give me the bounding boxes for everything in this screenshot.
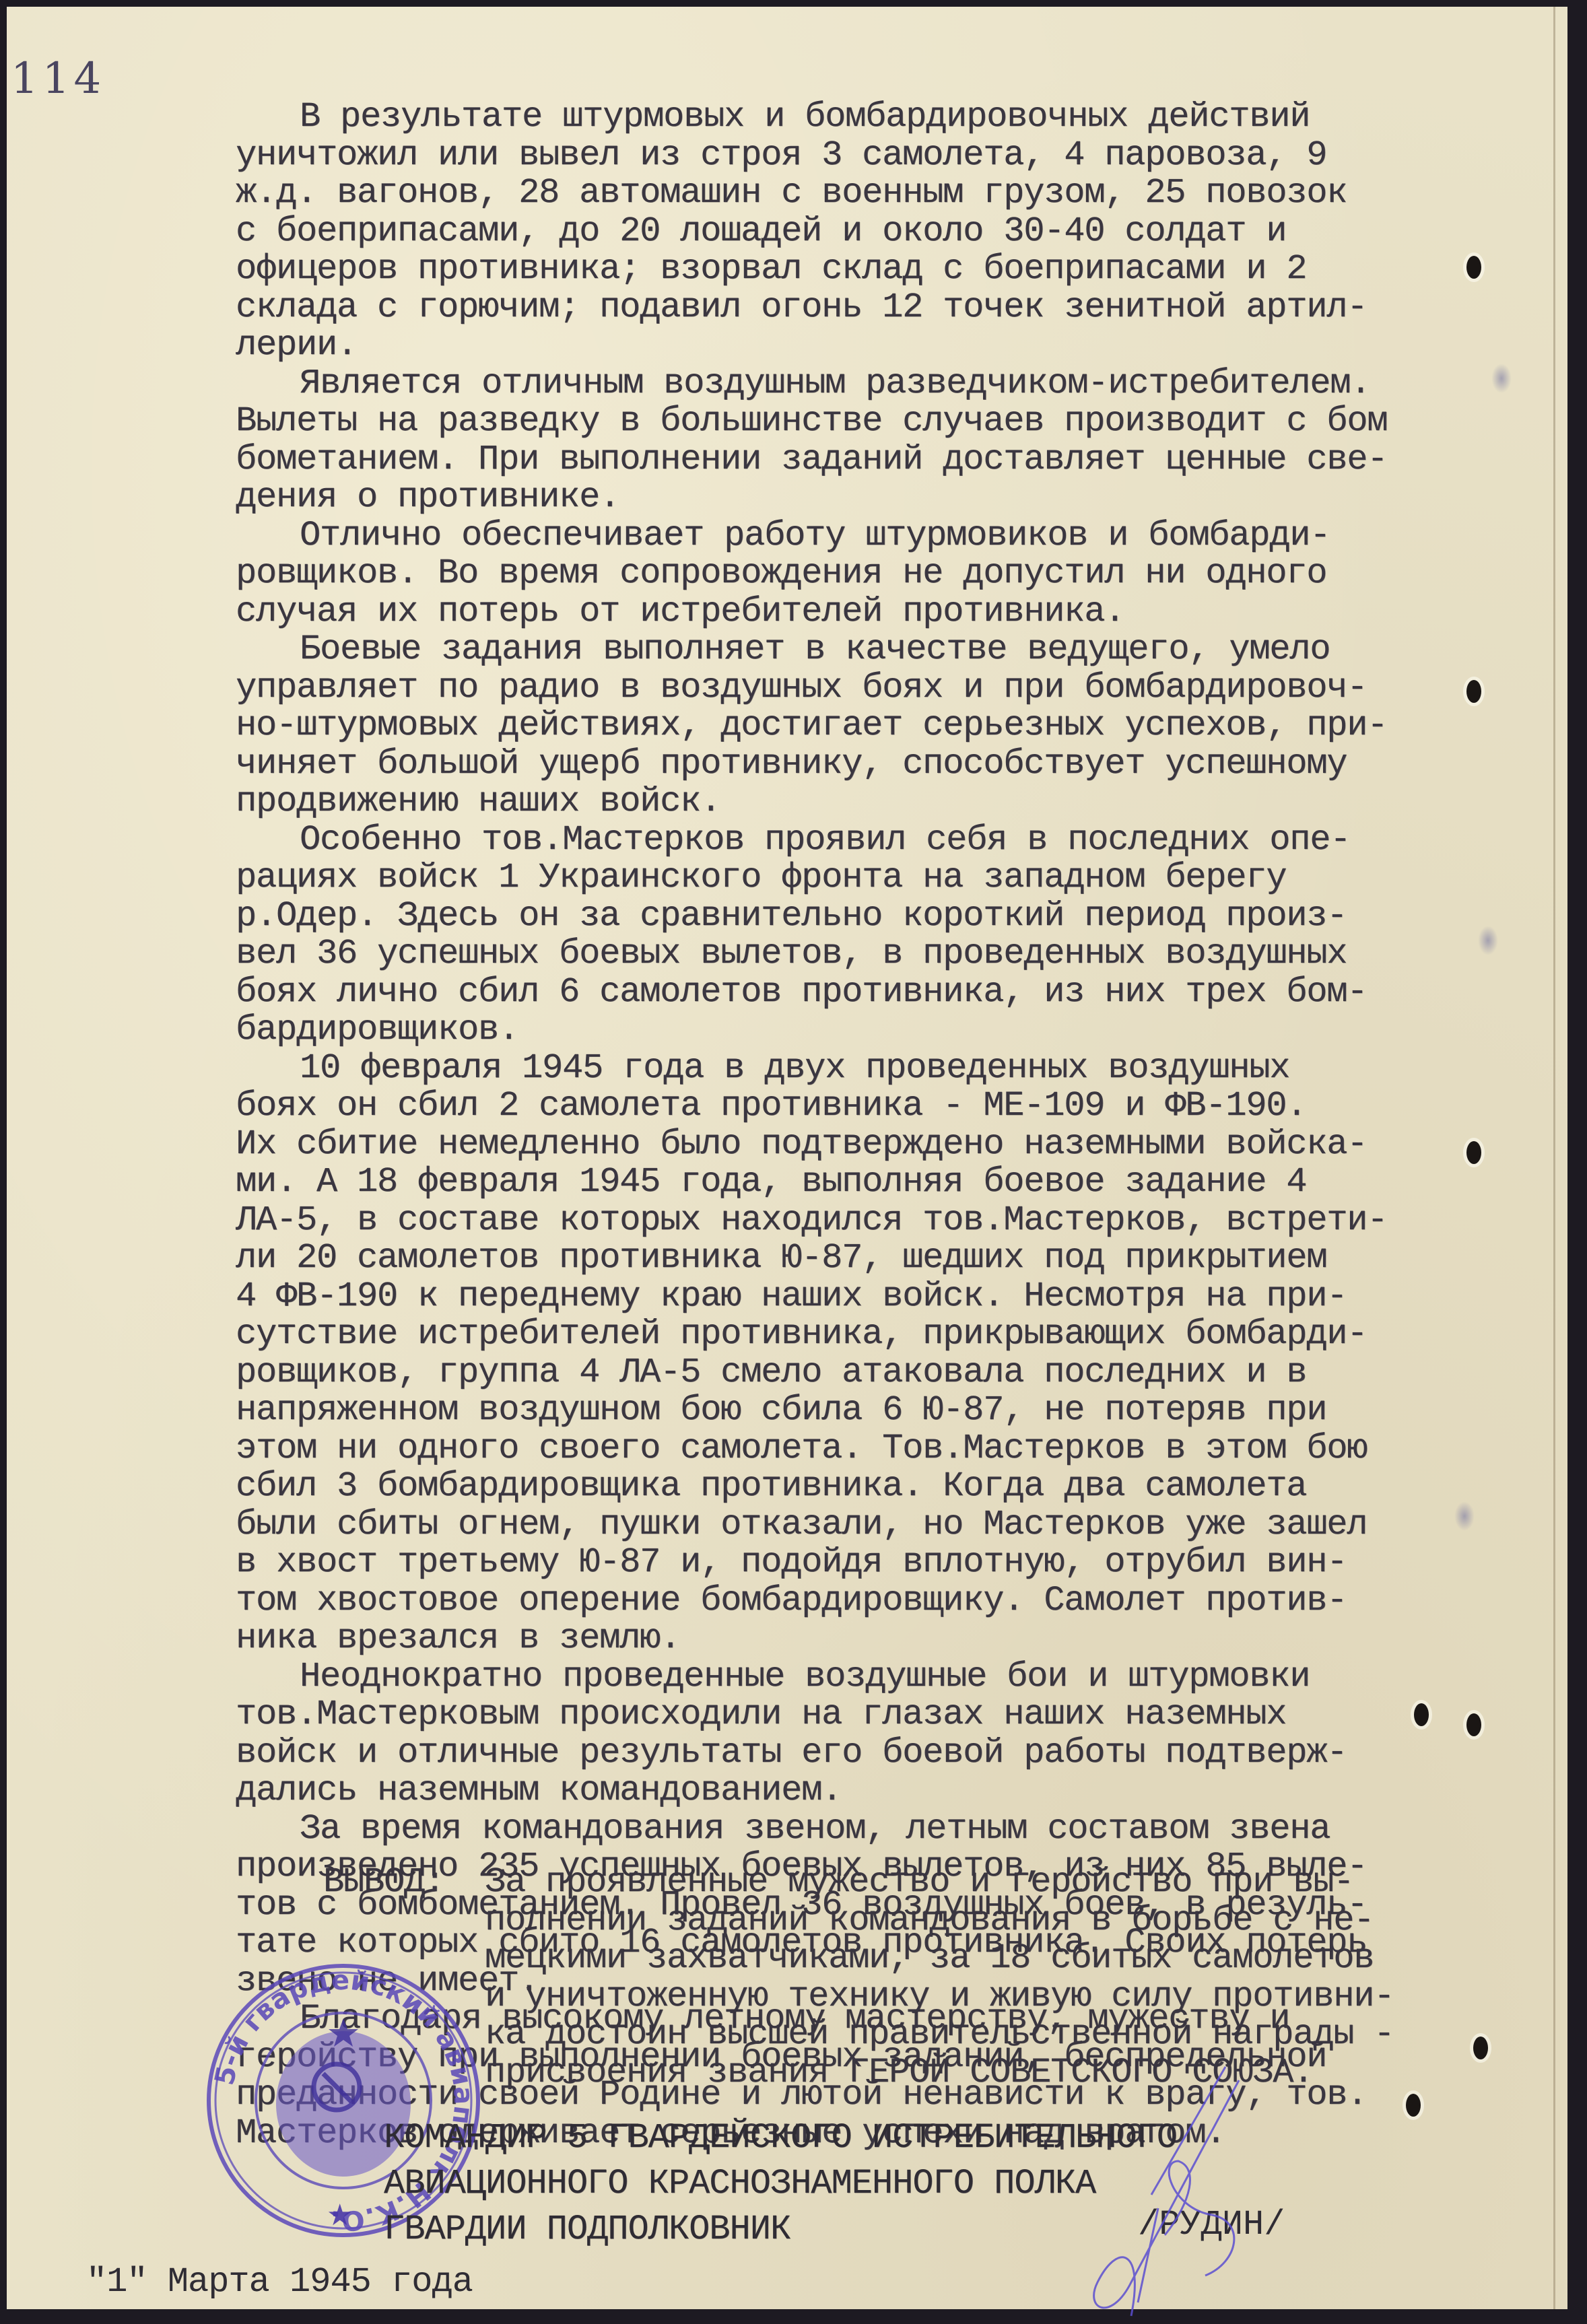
body-line: уничтожил или вывел из строя 3 самолета,… [236,137,1515,175]
body-line: рациях войск 1 Украинского фронта на зап… [236,859,1515,897]
body-line: сбил 3 бомбардировщика противника. Когда… [236,1468,1515,1506]
body-line: этом ни одного своего самолета. Тов.Маст… [236,1430,1515,1468]
body-line: чиняет большой ущерб противнику, способс… [236,745,1515,784]
ink-smudge [1478,926,1498,955]
body-line: с боеприпасами, до 20 лошадей и около 30… [236,213,1515,251]
page-fold [1553,7,1555,2309]
conclusion-line: За проявленные мужество и геройство при … [485,1864,1394,1902]
punch-hole [1466,1713,1481,1736]
conclusion-line: полнении заданий командования в борьбе с… [485,1902,1394,1940]
body-line: Отлично обеспечивает работу штурмовиков … [236,517,1515,555]
body-line: бометанием. При выполнении заданий доста… [236,441,1515,479]
body-line: Особенно тов.Мастерков проявил себя в по… [236,821,1515,860]
body-line: случая их потерь от истребителей противн… [236,593,1515,631]
body-line: Боевые задания выполняет в качестве веду… [236,631,1515,669]
punch-hole [1414,1703,1429,1726]
body-line: том хвостовое оперение бомбардировщику. … [236,1582,1515,1620]
body-line: боях лично сбил 6 самолетов противника, … [236,973,1515,1012]
body-line: лерии. [236,327,1515,365]
document-date: "1" Марта 1945 года [86,2262,473,2302]
ink-smudge [1491,364,1512,393]
punch-hole [1473,2037,1488,2059]
body-line: в хвост третьему Ю-87 и, подойдя вплотну… [236,1544,1515,1582]
body-line: За время командования звеном, летным сос… [236,1810,1515,1849]
body-line: бардировщиков. [236,1011,1515,1050]
conclusion-line: мецкими захватчиками, за 18 сбитых самол… [485,1940,1394,1978]
ink-smudge [1454,1501,1475,1531]
handwritten-signature [1071,2060,1313,2324]
document-page: 114 В результате штурмовых и бомбардиров… [7,7,1567,2309]
punch-hole [1466,680,1481,703]
conclusion-line: ка достоин высшей правительственной нагр… [485,2016,1394,2054]
body-line: Вылеты на разведку в большинстве случаев… [236,403,1515,441]
body-line: но-штурмовых действиях, достигает серьез… [236,707,1515,745]
body-line: Неоднократно проведенные воздушные бои и… [236,1658,1515,1697]
punch-hole [1466,1141,1481,1164]
body-line: напряженном воздушном бою сбила 6 Ю-87, … [236,1392,1515,1430]
body-line: ровщиков, группа 4 ЛА-5 смело атаковала … [236,1354,1515,1392]
body-line: были сбиты огнем, пушки отказали, но Мас… [236,1506,1515,1544]
body-line: Является отличным воздушным разведчиком-… [236,365,1515,403]
body-line: ли 20 самолетов противника Ю-87, шедших … [236,1239,1515,1278]
conclusion-label: ВЫВОД: [323,1864,444,1902]
body-line: ЛА-5, в составе которых находился тов.Ма… [236,1202,1515,1240]
body-line: 10 февраля 1945 года в двух проведенных … [236,1050,1515,1088]
body-line: дались наземным командованием. [236,1772,1515,1810]
body-line: войск и отличные результаты его боевой р… [236,1734,1515,1773]
body-line: продвижению наших войск. [236,783,1515,821]
body-line: ми. А 18 февраля 1945 года, выполняя бое… [236,1163,1515,1202]
body-line: ровщиков. Во время сопровождения не допу… [236,555,1515,593]
body-line: склада с горючим; подавил огонь 12 точек… [236,289,1515,327]
punch-hole [1406,2094,1421,2117]
body-line: Их сбитие немедленно было подтверждено н… [236,1126,1515,1164]
body-line: сутствие истребителей противника, прикры… [236,1315,1515,1354]
body-line: 4 ФВ-190 к переднему краю наших войск. Н… [236,1278,1515,1316]
conclusion-text: За проявленные мужество и геройство при … [485,1864,1394,2092]
stamp-star: ★ [327,2198,353,2232]
body-line: боях он сбил 2 самолета противника - МЕ-… [236,1087,1515,1126]
body-line: ника врезался в землю. [236,1620,1515,1658]
page-number: 114 [11,54,105,104]
body-line: дения о противнике. [236,479,1515,517]
body-line: ж.д. вагонов, 28 автомашин с военным гру… [236,174,1515,213]
body-line: тов.Мастерковым происходили на глазах на… [236,1696,1515,1734]
document-body: В результате штурмовых и бомбардировочны… [236,98,1515,2152]
body-line: вел 36 успешных боевых вылетов, в провед… [236,935,1515,973]
punch-hole [1466,256,1481,279]
conclusion-line: и уничтоженную технику и живую силу прот… [485,1978,1394,2016]
body-line: офицеров противника; взорвал склад с бое… [236,250,1515,289]
body-line: управляет по радио в воздушных боях и пр… [236,669,1515,708]
body-line: р.Одер. Здесь он за сравнительно коротки… [236,897,1515,936]
body-line: В результате штурмовых и бомбардировочны… [236,98,1515,137]
